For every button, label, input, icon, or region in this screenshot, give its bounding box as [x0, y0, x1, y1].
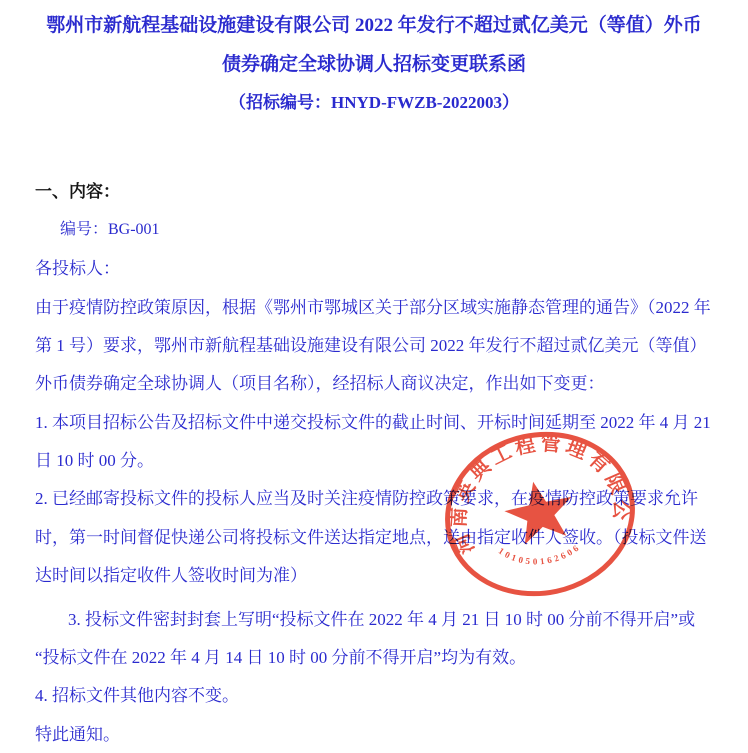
stamp-ring [433, 417, 648, 610]
text-line: 日 10 时 00 分。 [35, 450, 154, 471]
text-line: 鄂州市新航程基础设施建设有限公司 2022 年发行不超过贰亿美元（等值）外币 [0, 14, 748, 38]
text-line: 2. 已经邮寄投标文件的投标人应当及时关注疫情防控政策要求，在疫情防控政策要求允… [35, 488, 698, 509]
text-line: 3. 投标文件密封封套上写明“投标文件在 2022 年 4 月 21 日 10 … [68, 609, 695, 630]
text-line: 特此通知。 [35, 724, 120, 745]
text-line: 达时间以指定收件人签收时间为准） [35, 565, 307, 586]
text-line: “投标文件在 2022 年 4 月 14 日 10 时 00 分前不得开启”均为… [35, 647, 526, 668]
text-line: 第 1 号）要求，鄂州市新航程基础设施建设有限公司 2022 年发行不超过贰亿美… [35, 335, 707, 356]
document-page: 鄂州市新航程基础设施建设有限公司 2022 年发行不超过贰亿美元（等值）外币债券… [0, 0, 748, 753]
company-stamp: 河南英典工程管理有限公司 101050162606 [420, 414, 660, 614]
text-line: 时，第一时间督促快递公司将投标文件送达指定地点，送由指定收件人签收。（投标文件送 [35, 527, 707, 548]
text-line: 外币债券确定全球协调人（项目名称），经招标人商议决定，作出如下变更： [35, 373, 605, 394]
text-line: 由于疫情防控政策原因，根据《鄂州市鄂城区关于部分区域实施静态管理的通告》（202… [35, 297, 711, 318]
text-line: 一、内容： [35, 181, 120, 202]
text-line: 债券确定全球协调人招标变更联系函 [0, 53, 748, 77]
text-line: 编号：BG-001 [60, 220, 160, 240]
text-line: （招标编号：HNYD-FWZB-2022003） [0, 92, 748, 113]
text-line: 1. 本项目招标公告及招标文件中递交投标文件的截止时间、开标时间延期至 2022… [35, 412, 711, 433]
text-line: 各投标人： [35, 258, 120, 279]
text-line: 4. 招标文件其他内容不变。 [35, 685, 239, 706]
